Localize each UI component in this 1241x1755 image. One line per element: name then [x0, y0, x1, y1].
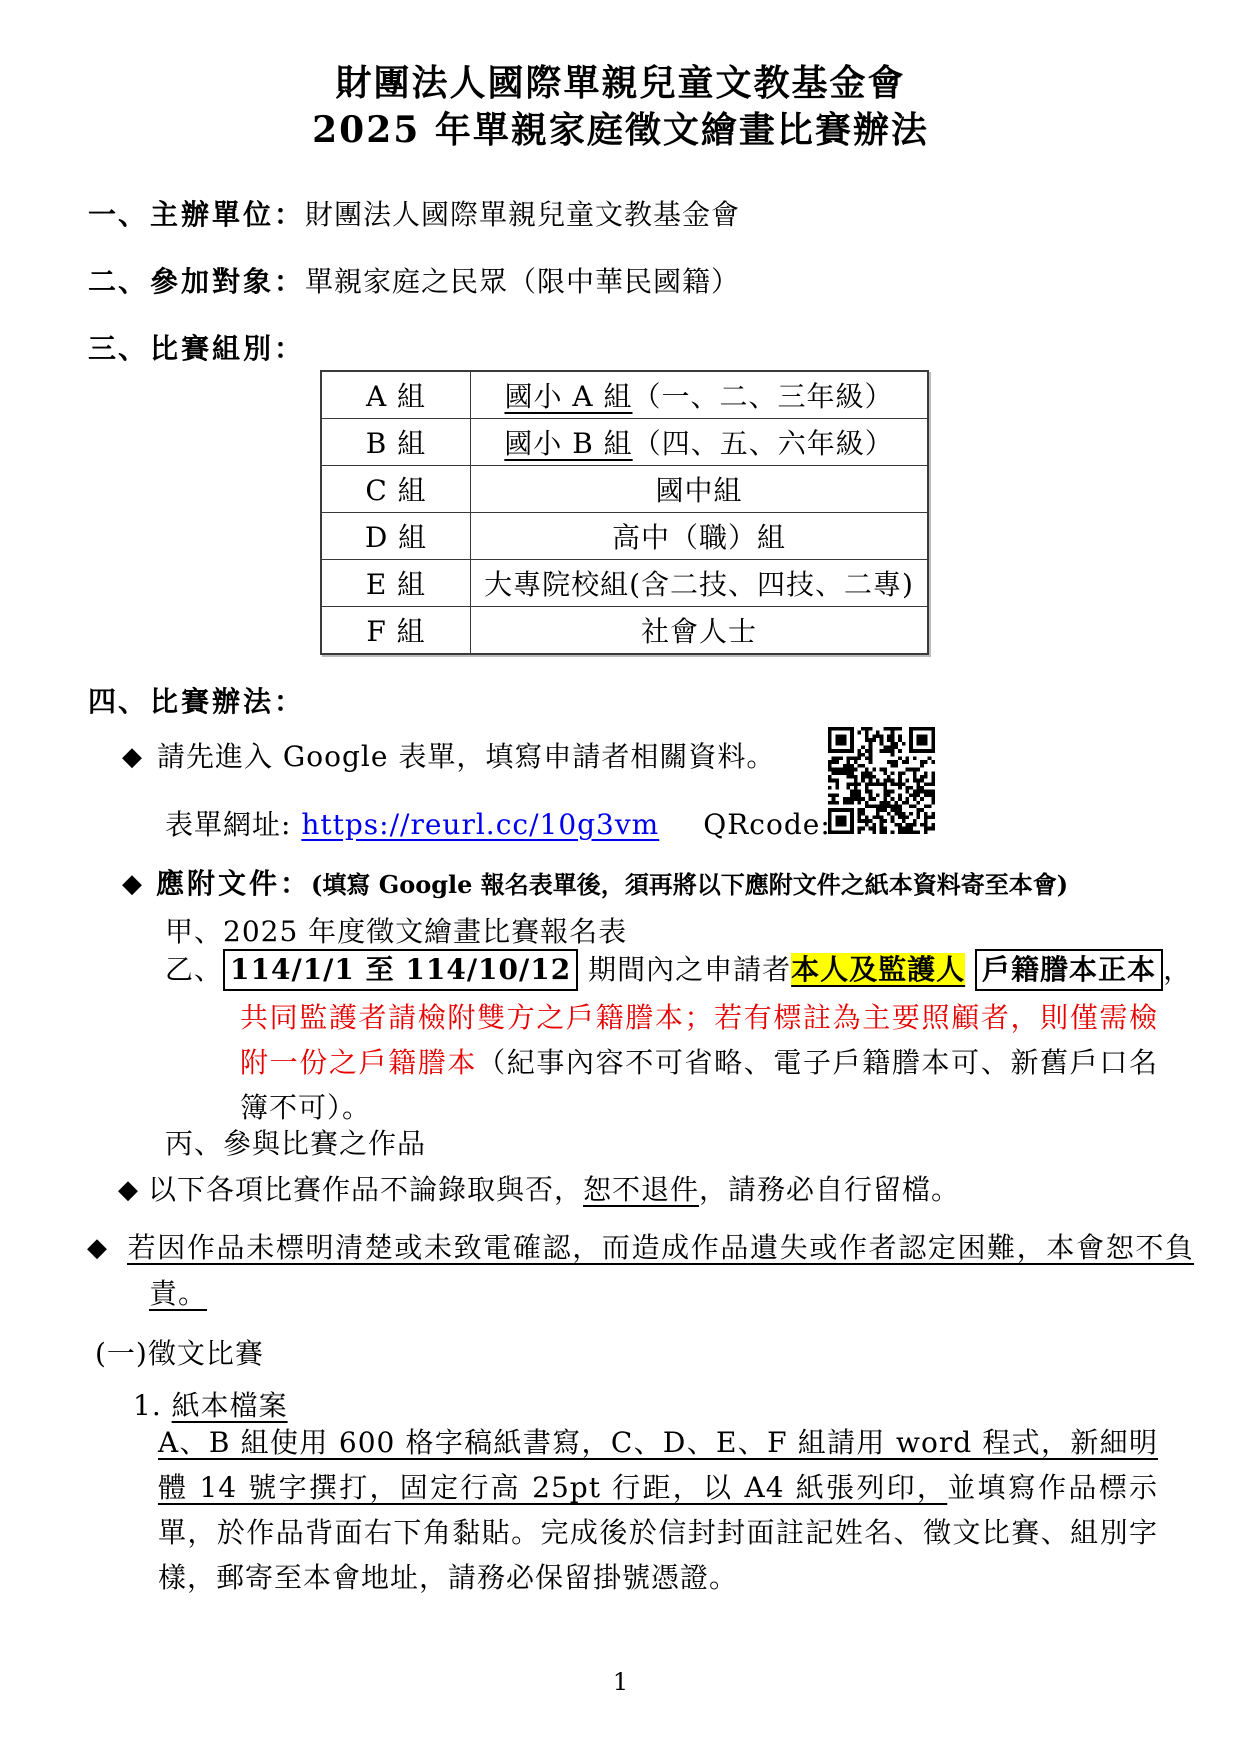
- table-row: A 組 國小 A 組（一、二、三年級）: [321, 371, 928, 419]
- section-number: 二、: [88, 260, 150, 300]
- section-value: 單親家庭之民眾（限中華民國籍）: [305, 265, 740, 298]
- essay-item-label: 紙本檔案: [172, 1389, 288, 1422]
- table-row: D 組 高中（職）組: [321, 513, 928, 560]
- section-organizer: 一、主辦單位：財團法人國際單親兒童文教基金會: [88, 193, 740, 233]
- desc-cell: 國中組: [471, 466, 929, 513]
- form-url-line: 表單網址: https://reurl.cc/10g3vmQRcode:: [165, 803, 831, 843]
- bullet-disclaimer: ◆若因作品未標明清楚或未致電確認，而造成作品遺失或作者認定困難，本會恕不負責。: [118, 1225, 1194, 1317]
- page-number: 1: [0, 1668, 1241, 1696]
- bullet-no-return: ◆以下各項比賽作品不論錄取與否，恕不退件，請務必自行留檔。: [118, 1168, 960, 1208]
- section-rules: 四、比賽辦法：: [88, 680, 305, 720]
- item-yi-middle: 期間內之申請者: [578, 953, 791, 986]
- item-jia: 甲、2025 年度徵文繪畫比賽報名表: [165, 910, 627, 950]
- documents-note: (填寫 Google 報名表單後，須再將以下應附文件之紙本資料寄至本會): [311, 870, 1068, 899]
- desc-cell: 國小 A 組（一、二、三年級）: [471, 371, 929, 419]
- bullet-google-form: ◆請先進入 Google 表單，填寫申請者相關資料。: [122, 735, 775, 775]
- desc-rest: 高中（職）組: [612, 521, 786, 554]
- qr-code: [828, 727, 935, 834]
- desc-rest: 國中組: [655, 474, 742, 507]
- section-groups: 三、比賽組別：: [88, 327, 305, 367]
- diamond-bullet-icon: ◆: [122, 869, 142, 899]
- essay-item-title: 1. 紙本檔案: [133, 1384, 288, 1424]
- section-label: 主辦單位：: [150, 198, 305, 231]
- no-return-post: ，請務必自行留檔。: [699, 1173, 960, 1206]
- section-number: 一、: [88, 193, 150, 233]
- guardian-highlight: 本人及監護人: [791, 953, 965, 986]
- form-url-label: 表單網址:: [165, 808, 301, 841]
- diamond-bullet-icon: ◆: [118, 1175, 139, 1205]
- item-yi-comma: ，: [1163, 953, 1192, 986]
- section-label: 比賽組別：: [150, 332, 305, 365]
- essay-paragraph: A、B 組使用 600 格字稿紙書寫，C、D、E、F 組請用 word 程式，新…: [158, 1420, 1158, 1600]
- document-page: 財團法人國際單親兒童文教基金會 2025 年單親家庭徵文繪畫比賽辦法 一、主辦單…: [0, 0, 1241, 1755]
- form-url-link[interactable]: https://reurl.cc/10g3vm: [301, 808, 659, 841]
- disclaimer-text: 若因作品未標明清楚或未致電確認，而造成作品遺失或作者認定困難，本會恕不負責。: [127, 1231, 1194, 1310]
- item-bing: 丙、參與比賽之作品: [165, 1122, 426, 1162]
- group-cell: F 組: [321, 607, 471, 655]
- diamond-bullet-icon: ◆: [122, 742, 143, 772]
- desc-rest: 社會人士: [641, 615, 757, 648]
- gap: [965, 953, 975, 986]
- desc-cell: 高中（職）組: [471, 513, 929, 560]
- section-number: 三、: [88, 327, 150, 367]
- groups-table: A 組 國小 A 組（一、二、三年級） B 組 國小 B 組（四、五、六年級） …: [320, 370, 929, 655]
- group-cell: A 組: [321, 371, 471, 419]
- group-cell: B 組: [321, 419, 471, 466]
- essay-heading: (一)徵文比賽: [95, 1332, 264, 1372]
- table-row: F 組 社會人士: [321, 607, 928, 655]
- essay-item-number: 1.: [133, 1389, 162, 1422]
- section-participants: 二、參加對象：單親家庭之民眾（限中華民國籍）: [88, 260, 740, 300]
- item-yi-line1: 乙、114/1/1 至 114/10/12 期間內之申請者本人及監護人 戶籍謄本…: [165, 948, 1192, 991]
- bullet-documents: ◆應附文件：(填寫 Google 報名表單後，須再將以下應附文件之紙本資料寄至本…: [122, 862, 1068, 902]
- desc-underlined: 國小 A 組: [504, 380, 632, 413]
- no-return-underlined: 恕不退件: [583, 1173, 699, 1206]
- documents-title: 應附文件：: [156, 867, 311, 900]
- item-yi-continuation: 共同監護者請檢附雙方之戶籍謄本；若有標註為主要照顧者，則僅需檢附一份之戶籍謄本（…: [240, 995, 1158, 1130]
- desc-cell: 國小 B 組（四、五、六年級）: [471, 419, 929, 466]
- desc-rest: （四、五、六年級）: [633, 427, 894, 460]
- desc-cell: 大專院校組(含二技、四技、二專): [471, 560, 929, 607]
- date-range-box: 114/1/1 至 114/10/12: [223, 949, 578, 991]
- table-row: B 組 國小 B 組（四、五、六年級）: [321, 419, 928, 466]
- document-type-box: 戶籍謄本正本: [975, 949, 1163, 991]
- bullet-text: 請先進入 Google 表單，填寫申請者相關資料。: [157, 740, 775, 773]
- table-row: C 組 國中組: [321, 466, 928, 513]
- desc-underlined: 國小 B 組: [504, 427, 632, 460]
- desc-rest: （一、二、三年級）: [633, 380, 894, 413]
- group-cell: E 組: [321, 560, 471, 607]
- group-cell: D 組: [321, 513, 471, 560]
- document-title-line2: 2025 年單親家庭徵文繪畫比賽辦法: [0, 102, 1241, 153]
- item-yi-prefix: 乙、: [165, 953, 223, 986]
- section-label: 比賽辦法：: [150, 685, 305, 718]
- document-title-line1: 財團法人國際單親兒童文教基金會: [0, 55, 1241, 106]
- desc-cell: 社會人士: [471, 607, 929, 655]
- section-number: 四、: [88, 680, 150, 720]
- no-return-pre: 以下各項比賽作品不論錄取與否，: [148, 1173, 583, 1206]
- section-value: 財團法人國際單親兒童文教基金會: [305, 198, 740, 231]
- qr-code-label: QRcode:: [703, 808, 831, 841]
- table-row: E 組 大專院校組(含二技、四技、二專): [321, 560, 928, 607]
- group-cell: C 組: [321, 466, 471, 513]
- section-label: 參加對象：: [150, 265, 305, 298]
- desc-rest: 大專院校組(含二技、四技、二專): [484, 568, 914, 601]
